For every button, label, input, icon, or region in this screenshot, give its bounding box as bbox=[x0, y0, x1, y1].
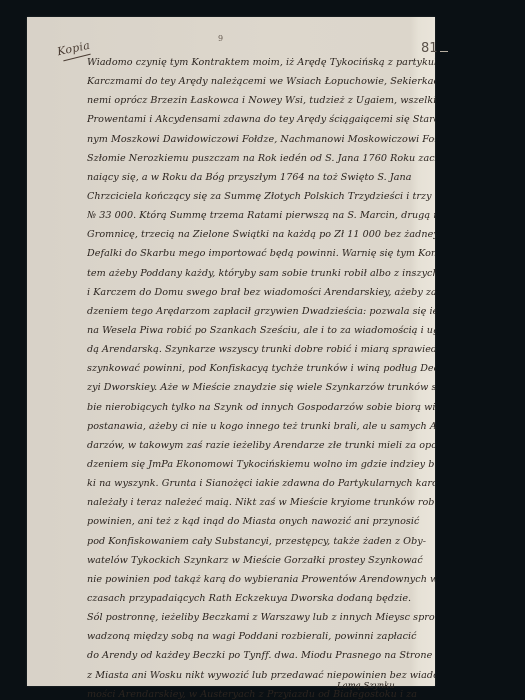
text-line: Szłomie Nerozkiemu puszczam na Rok iedén… bbox=[87, 153, 435, 165]
text-line: wadzoną między sobą na wagi Poddani rozb… bbox=[87, 631, 435, 643]
text-line: Chrzciciela kończący się za Summę Złotyc… bbox=[87, 191, 435, 203]
text-line: watelów Tykockich Szynkarz w Mieście Gor… bbox=[87, 555, 435, 567]
page-number: 81 bbox=[421, 41, 438, 56]
text-line: nie powinien pod takąż karą do wybierani… bbox=[87, 574, 435, 586]
text-line: czasach przypadaiących Rath Eckzekuya Dw… bbox=[87, 593, 435, 605]
text-line: Gromnicę, trzecią na Zielone Świątki na … bbox=[87, 229, 435, 241]
text-line: postanawia, ażeby ci nie u kogo innego t… bbox=[87, 421, 435, 433]
text-line: Sól postronnę, ieżeliby Beczkami z Warsz… bbox=[87, 612, 435, 624]
text-line: tem ażeby Poddany każdy, któryby sam sob… bbox=[87, 268, 435, 280]
text-line: powinien, ani też z kąd inąd do Miasta o… bbox=[87, 516, 435, 528]
text-line: pod Konfiskowaniem cały Substancyi, prze… bbox=[87, 536, 435, 548]
page-number-dash bbox=[440, 51, 448, 52]
text-line: i Karczem do Domu swego brał bez wiadomo… bbox=[87, 287, 435, 299]
text-line: Defalki do Skarbu mego importować będą p… bbox=[87, 248, 435, 260]
text-line: zyi Dworskiey. Aże w Mieście znaydzie si… bbox=[87, 382, 435, 394]
text-line: naiący się, a w Roku da Bóg przyszłym 17… bbox=[87, 172, 435, 184]
text-line: dzeniem tego Arędarzom zapłacił grzywien… bbox=[87, 306, 435, 318]
text-line: ki na wyszynk. Grunta i Sianożęci iakie … bbox=[87, 478, 435, 490]
text-line: szynkować powinni, pod Konfiskacyą tychż… bbox=[87, 363, 435, 375]
catchword: Lamą Szynku bbox=[337, 681, 395, 691]
text-line: na Wesela Piwa robić po Szankach Sześciu… bbox=[87, 325, 435, 337]
top-mark: 9 bbox=[218, 34, 223, 43]
manuscript-page: Kopia 9 81 Wiadomo czynię tym Kontraktem… bbox=[27, 17, 435, 686]
text-line: nym Moszkowi Dawidowiczowi Fołdze, Nachm… bbox=[87, 134, 435, 146]
text-line: darzów, w takowym zaś razie ieżeliby Are… bbox=[87, 440, 435, 452]
text-line: № 33 000. Którą Summę trzema Ratami pier… bbox=[87, 210, 435, 222]
text-line: Wiadomo czynię tym Kontraktem moim, iż A… bbox=[87, 57, 435, 69]
text-line: bie nierobiących tylko na Szynk od innyc… bbox=[87, 402, 435, 414]
text-line: do Arendy od każdey Beczki po Tynff. dwa… bbox=[87, 650, 435, 662]
text-line: Karczmami do tey Arędy należącemi we Wsi… bbox=[87, 76, 435, 88]
text-line: dzeniem się JmPa Ekonomowi Tykocińskiemu… bbox=[87, 459, 435, 471]
text-line: należały i teraz należeć maią. Nikt zaś … bbox=[87, 497, 435, 509]
text-line: Prowentami i Akcydensami zdawna do tey A… bbox=[87, 114, 435, 126]
text-line: nemi oprócz Brzezin Łaskowca i Nowey Wsi… bbox=[87, 95, 435, 107]
text-line: dą Arendarską. Szynkarze wszyscy trunki … bbox=[87, 344, 435, 356]
